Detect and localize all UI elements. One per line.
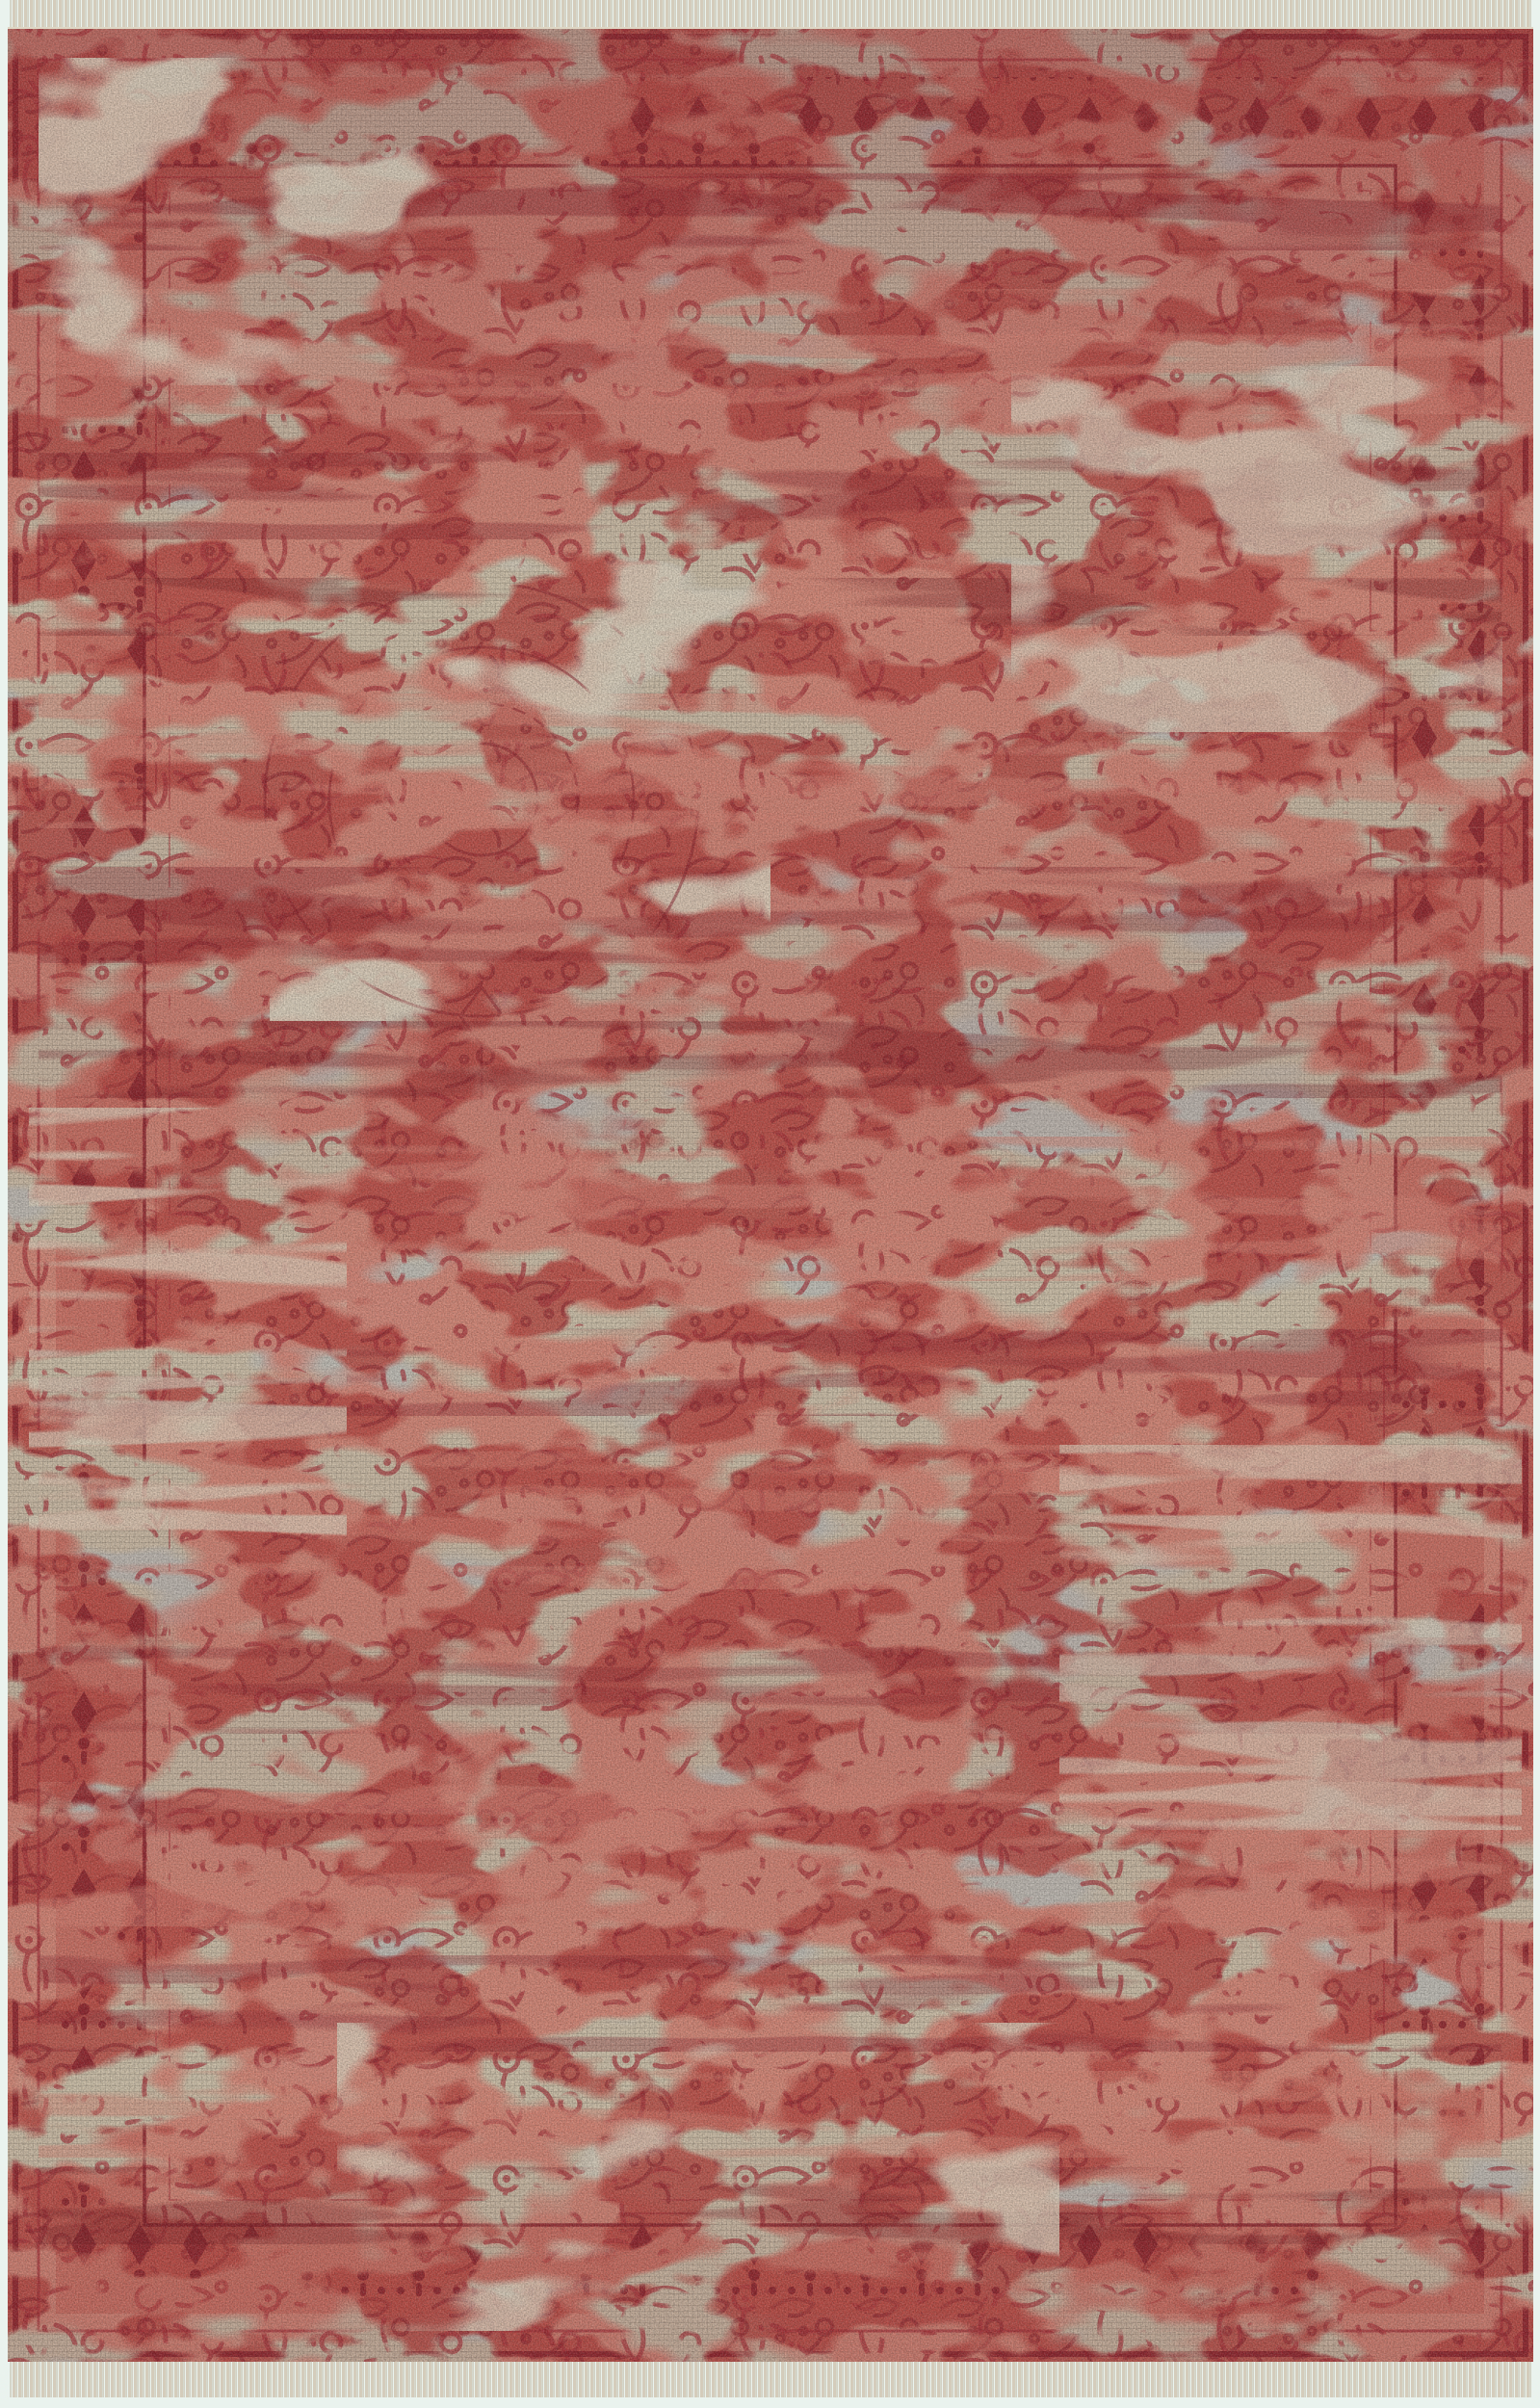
rug-body — [8, 29, 1533, 2362]
rug-product-photo — [0, 0, 1540, 2408]
rug-illustration — [0, 0, 1540, 2408]
pile-grain-overlay — [8, 29, 1533, 2362]
